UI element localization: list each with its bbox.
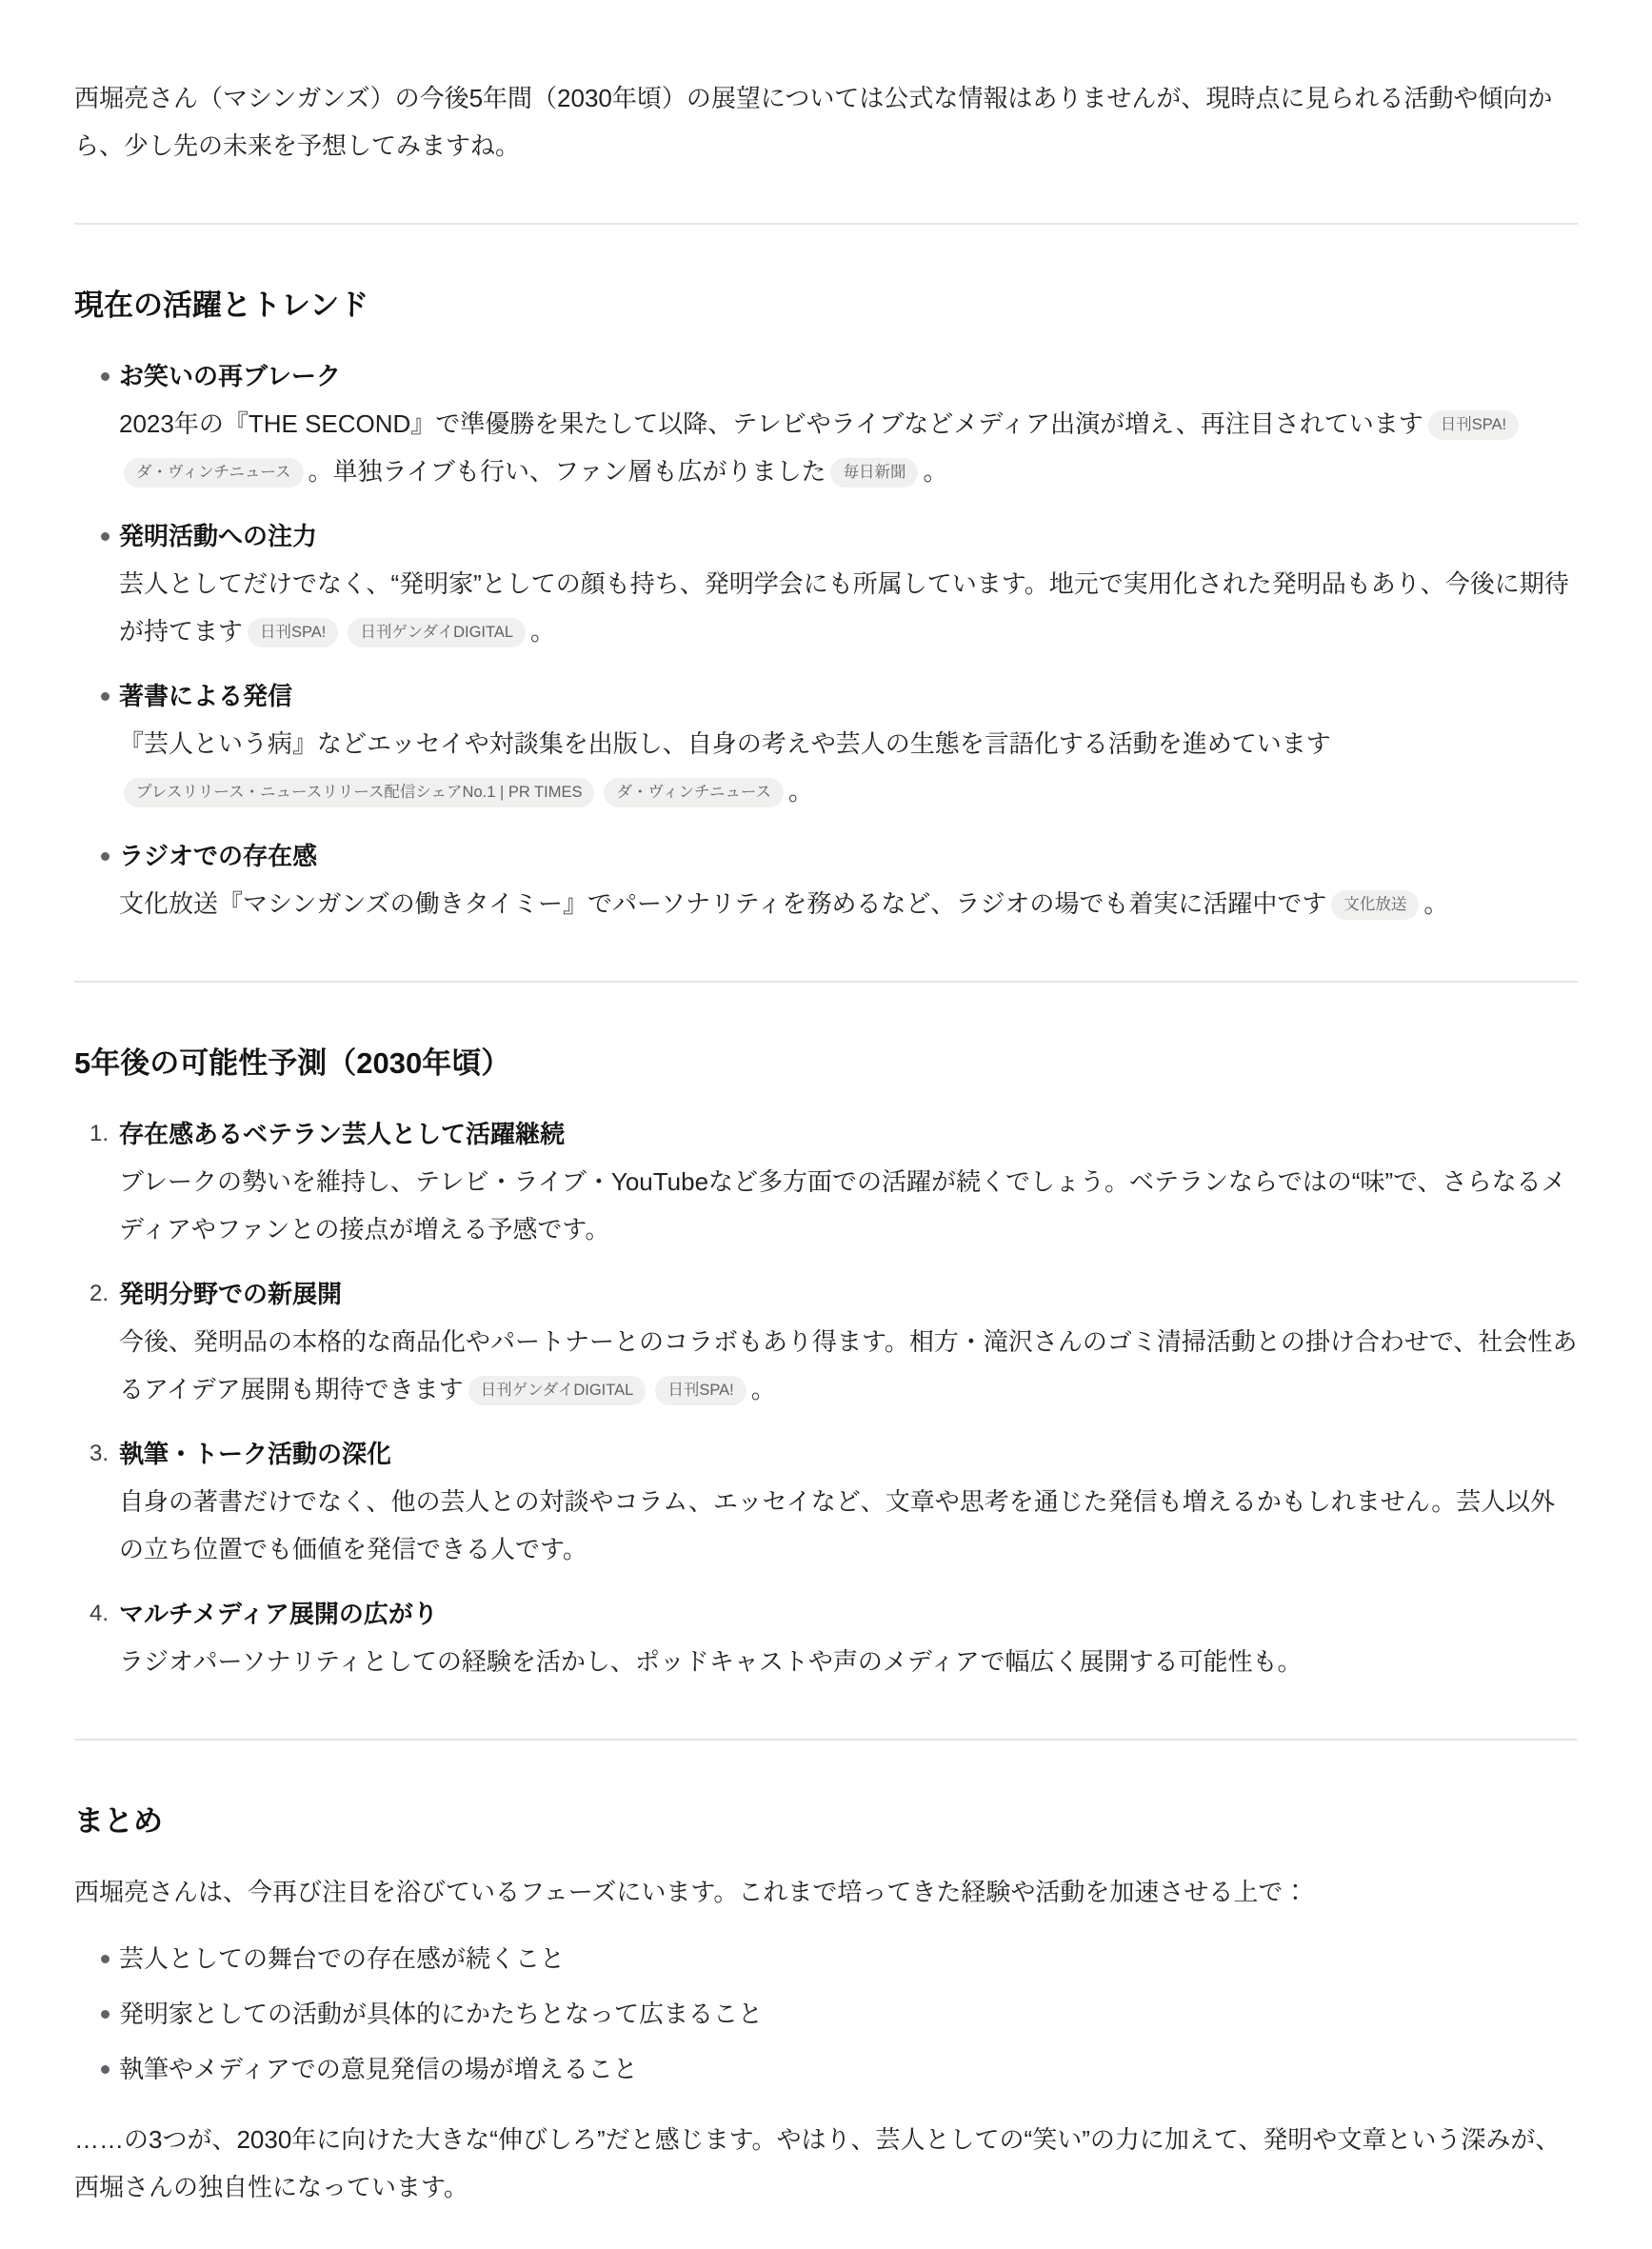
text-segment: 。	[530, 617, 555, 646]
item-body: 執筆やメディアでの意見発信の場が増えること	[119, 2045, 1578, 2093]
list-item: 存在感あるベテラン芸人として活躍継続ブレークの勢いを維持し、テレビ・ライブ・Yo…	[74, 1110, 1578, 1253]
text-segment: 2023年の『THE SECOND』で準優勝を果たして以降、テレビやライブなどメ…	[119, 409, 1423, 438]
text-segment: ブレークの勢いを維持し、テレビ・ライブ・YouTubeなど多方面での活躍が続くで…	[119, 1167, 1566, 1244]
text-segment: 。単独ライブも行い、ファン層も広がりました	[309, 457, 826, 486]
item-body: 『芸人という病』などエッセイや対談集を出版し、自身の考えや芸人の生態を言語化する…	[119, 720, 1578, 815]
item-title: 存在感あるベテラン芸人として活躍継続	[119, 1110, 1578, 1158]
sections-container: 現在の活躍とトレンドお笑いの再ブレーク2023年の『THE SECOND』で準優…	[74, 223, 1578, 2211]
list-item: 著書による発信『芸人という病』などエッセイや対談集を出版し、自身の考えや芸人の生…	[74, 672, 1578, 815]
citation-badge[interactable]: ダ・ヴィンチニュース	[604, 778, 784, 807]
item-body: 今後、発明品の本格的な商品化やパートナーとのコラボもあり得ます。相方・滝沢さんの…	[119, 1318, 1578, 1413]
bullet-list: お笑いの再ブレーク2023年の『THE SECOND』で準優勝を果たして以降、テ…	[74, 352, 1578, 927]
section-divider	[74, 223, 1578, 225]
section-heading: まとめ	[74, 1801, 1578, 1841]
item-title: 執筆・トーク活動の深化	[119, 1430, 1578, 1478]
citation-badge[interactable]: 日刊SPA!	[248, 618, 338, 647]
list-item: お笑いの再ブレーク2023年の『THE SECOND』で準優勝を果たして以降、テ…	[74, 352, 1578, 495]
list-item: 発明活動への注力芸人としてだけでなく、“発明家”としての顔も持ち、発明学会にも所…	[74, 512, 1578, 655]
list-item: 芸人としての舞台での存在感が続くこと	[74, 1935, 1578, 1982]
text-segment: 。	[788, 777, 813, 806]
text-segment: 文化放送『マシンガンズの働きタイミー』でパーソナリティを務めるなど、ラジオの場で…	[119, 889, 1326, 918]
citation-badge[interactable]: 日刊SPA!	[1428, 410, 1519, 440]
text-segment: 芸人としての舞台での存在感が続くこと	[119, 1944, 565, 1973]
item-title: マルチメディア展開の広がり	[119, 1590, 1578, 1638]
citation-badge[interactable]: 文化放送	[1331, 890, 1419, 920]
item-body: 芸人としての舞台での存在感が続くこと	[119, 1935, 1578, 1982]
citation-badge[interactable]: 日刊ゲンダイDIGITAL	[468, 1376, 647, 1405]
text-segment: 。	[923, 457, 947, 486]
citation-badge[interactable]: プレスリリース・ニュースリリース配信シェアNo.1 | PR TIMES	[124, 778, 594, 807]
intro-paragraph: 西堀亮さん（マシンガンズ）の今後5年間（2030年頃）の展望については公式な情報…	[74, 74, 1578, 169]
citation-badge[interactable]: 毎日新聞	[830, 458, 918, 488]
list-item: ラジオでの存在感文化放送『マシンガンズの働きタイミー』でパーソナリティを務めるな…	[74, 832, 1578, 927]
item-body: ブレークの勢いを維持し、テレビ・ライブ・YouTubeなど多方面での活躍が続くで…	[119, 1158, 1578, 1253]
text-segment: 執筆やメディアでの意見発信の場が増えること	[119, 2055, 638, 2083]
bullet-list: 芸人としての舞台での存在感が続くこと発明家としての活動が具体的にかたちとなって広…	[74, 1935, 1578, 2093]
item-body: 文化放送『マシンガンズの働きタイミー』でパーソナリティを務めるなど、ラジオの場で…	[119, 880, 1578, 927]
item-title: 発明活動への注力	[119, 512, 1578, 560]
section-lead-paragraph: 西堀亮さんは、今再び注目を浴びているフェーズにいます。これまで培ってきた経験や活…	[74, 1868, 1578, 1916]
text-segment: 『芸人という病』などエッセイや対談集を出版し、自身の考えや芸人の生態を言語化する…	[119, 729, 1331, 758]
section-heading: 5年後の可能性予測（2030年頃）	[74, 1044, 1578, 1084]
text-segment: 。	[1423, 889, 1448, 918]
item-body: 発明家としての活動が具体的にかたちとなって広まること	[119, 1990, 1578, 2038]
text-segment: ラジオパーソナリティとしての経験を活かし、ポッドキャストや声のメディアで幅広く展…	[119, 1647, 1303, 1676]
list-item: 執筆・トーク活動の深化自身の著書だけでなく、他の芸人との対談やコラム、エッセイな…	[74, 1430, 1578, 1573]
section-divider	[74, 981, 1578, 983]
list-item: 発明家としての活動が具体的にかたちとなって広まること	[74, 1990, 1578, 2038]
item-title: 著書による発信	[119, 672, 1578, 720]
numbered-list: 存在感あるベテラン芸人として活躍継続ブレークの勢いを維持し、テレビ・ライブ・Yo…	[74, 1110, 1578, 1685]
text-segment: 発明家としての活動が具体的にかたちとなって広まること	[119, 2000, 763, 2028]
item-body: 芸人としてだけでなく、“発明家”としての顔も持ち、発明学会にも所属しています。地…	[119, 560, 1578, 655]
section-heading: 現在の活躍とトレンド	[74, 286, 1578, 326]
text-segment: 。	[751, 1375, 776, 1403]
item-body: ラジオパーソナリティとしての経験を活かし、ポッドキャストや声のメディアで幅広く展…	[119, 1638, 1578, 1685]
list-item: 執筆やメディアでの意見発信の場が増えること	[74, 2045, 1578, 2093]
item-title: お笑いの再ブレーク	[119, 352, 1578, 400]
list-item: マルチメディア展開の広がりラジオパーソナリティとしての経験を活かし、ポッドキャス…	[74, 1590, 1578, 1685]
citation-badge[interactable]: 日刊ゲンダイDIGITAL	[348, 618, 526, 647]
section-outro-paragraph: ……の3つが、2030年に向けた大きな“伸びしろ”だと感じます。やはり、芸人とし…	[74, 2116, 1578, 2211]
item-body: 2023年の『THE SECOND』で準優勝を果たして以降、テレビやライブなどメ…	[119, 400, 1578, 495]
section-divider	[74, 1739, 1578, 1741]
citation-badge[interactable]: 日刊SPA!	[655, 1376, 746, 1405]
item-body: 自身の著書だけでなく、他の芸人との対談やコラム、エッセイなど、文章や思考を通じた…	[119, 1478, 1578, 1573]
text-segment: 自身の著書だけでなく、他の芸人との対談やコラム、エッセイなど、文章や思考を通じた…	[119, 1487, 1555, 1563]
text-segment: 今後、発明品の本格的な商品化やパートナーとのコラボもあり得ます。相方・滝沢さんの…	[119, 1327, 1577, 1403]
citation-badge[interactable]: ダ・ヴィンチニュース	[124, 458, 304, 488]
list-item: 発明分野での新展開今後、発明品の本格的な商品化やパートナーとのコラボもあり得ます…	[74, 1270, 1578, 1413]
item-title: ラジオでの存在感	[119, 832, 1578, 880]
document: 西堀亮さん（マシンガンズ）の今後5年間（2030年頃）の展望については公式な情報…	[0, 0, 1652, 2249]
item-title: 発明分野での新展開	[119, 1270, 1578, 1318]
